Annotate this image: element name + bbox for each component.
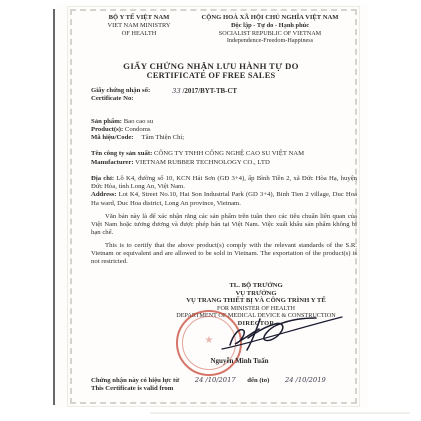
certificate-no-label-en: Certificate No: bbox=[91, 95, 357, 103]
certification-statement-vi: Văn bản này là để xác nhận rằng các sản … bbox=[91, 213, 357, 238]
product-value-en: Condoms bbox=[125, 126, 151, 133]
product-label-vi: Sản phẩm: bbox=[91, 118, 122, 125]
manufacturer-line-en: Manufacturer: VIETNAM RUBBER TECHNOLOGY … bbox=[91, 159, 357, 168]
manufacturer-section: Tên công ty sản xuất: CÔNG TY TNHH CÔNG … bbox=[91, 150, 357, 167]
product-label-en: Product(s): bbox=[91, 126, 123, 133]
motto-en: Independence-Freedom-Happiness bbox=[176, 37, 364, 45]
scanned-certificate-photo: { "document": { "header": { "left": { "l… bbox=[0, 0, 421, 421]
validity-line-vi: Chứng nhận này có hiệu lực từ 24 /10/201… bbox=[91, 376, 357, 385]
manufacturer-value-en: VIETNAM RUBBER TECHNOLOGY CO., LTD bbox=[135, 159, 270, 166]
certification-statement-en: This is to certify that the above produc… bbox=[91, 242, 357, 267]
validity-label-vi: Chứng nhận này có hiệu lực từ bbox=[91, 377, 179, 384]
address-en: Address: Lot K4, Street No.10, Hai Son I… bbox=[91, 191, 357, 207]
validity-label-en: This Certificate is valid from bbox=[91, 385, 357, 393]
address-value-en: Lot K4, Street No.10, Hai Son Industrial… bbox=[91, 191, 357, 206]
authority-line-1: TL. BỘ TRƯỞNG bbox=[142, 282, 370, 290]
motto-vi: Độc lập - Tự do - Hạnh phúc bbox=[176, 22, 364, 30]
address-value-vi: Lô K4, đường số 10, KCN Hải Sơn (GĐ 3+4)… bbox=[91, 175, 357, 190]
certificate-no-value: 33 /2017/BYT-TB-CT bbox=[172, 87, 237, 95]
address-label-vi: Địa chỉ: bbox=[91, 175, 114, 182]
document-title-en: CERTIFICATE OF FREE SALES bbox=[54, 71, 368, 81]
product-code-value: Tâm Thiện Chí; bbox=[142, 134, 185, 141]
product-line-en: Product(s): Condoms bbox=[91, 126, 357, 134]
product-code-line: Mã hiệu/Code:Tâm Thiện Chí; bbox=[91, 134, 357, 142]
national-motto-header: CỘNG HOÀ XÃ HỘI CHỦ NGHĨA VIỆT NAM Độc l… bbox=[176, 14, 364, 45]
valid-from-date: 24 /10/2017 bbox=[195, 376, 236, 384]
manufacturer-line-vi: Tên công ty sản xuất: CÔNG TY TNHH CÔNG … bbox=[91, 150, 357, 159]
certificate-no-typed: /2017/BYT-TB-CT bbox=[183, 88, 238, 95]
valid-to-date: 24 /10/2019 bbox=[285, 376, 326, 384]
document-title-vi: GIẤY CHỨNG NHẬN LƯU HÀNH TỰ DO bbox=[54, 61, 368, 71]
validity-section: Chứng nhận này có hiệu lực từ 24 /10/201… bbox=[91, 376, 357, 393]
scan-bottom-streak bbox=[150, 412, 410, 414]
manufacturer-value-vi: CÔNG TY TNHH CÔNG NGHỆ CAO SU VIỆT NAM bbox=[154, 150, 304, 157]
product-code-label: Mã hiệu/Code: bbox=[91, 134, 134, 141]
authority-line-2: VỤ TRƯỞNG bbox=[142, 290, 370, 298]
product-value-vi: Bao cao su bbox=[124, 118, 153, 125]
product-section: Sản phẩm: Bao cao su Product(s): Condoms… bbox=[91, 118, 357, 143]
republic-name-en: SOCIALIST REPUBLIC OF VIETNAM bbox=[176, 30, 364, 38]
certificate-no-handwritten: 33 bbox=[172, 87, 181, 95]
address-section: Địa chỉ: Lô K4, đường số 10, KCN Hải Sơn… bbox=[91, 175, 357, 208]
certificate-sheet: BỘ Y TẾ VIỆT NAM VIET NAM MINISTRY OF HE… bbox=[54, 5, 368, 407]
document-title: GIẤY CHỨNG NHẬN LƯU HÀNH TỰ DO CERTIFICA… bbox=[54, 61, 368, 81]
address-vi: Địa chỉ: Lô K4, đường số 10, KCN Hải Sơn… bbox=[91, 175, 357, 191]
manufacturer-label-en: Manufacturer: bbox=[91, 159, 134, 166]
address-label-en: Address: bbox=[91, 191, 117, 198]
manufacturer-label-vi: Tên công ty sản xuất: bbox=[91, 150, 152, 157]
product-line-vi: Sản phẩm: Bao cao su bbox=[91, 118, 357, 126]
signature-ink bbox=[200, 311, 355, 361]
authority-line-3: VỤ TRANG THIẾT BỊ VÀ CÔNG TRÌNH Y TẾ bbox=[142, 297, 370, 305]
validity-to-label: đến (to) bbox=[247, 377, 269, 384]
republic-name-vi: CỘNG HOÀ XÃ HỘI CHỦ NGHĨA VIỆT NAM bbox=[176, 14, 364, 22]
signer-name: Nguyễn Minh Tuấn bbox=[162, 357, 317, 365]
